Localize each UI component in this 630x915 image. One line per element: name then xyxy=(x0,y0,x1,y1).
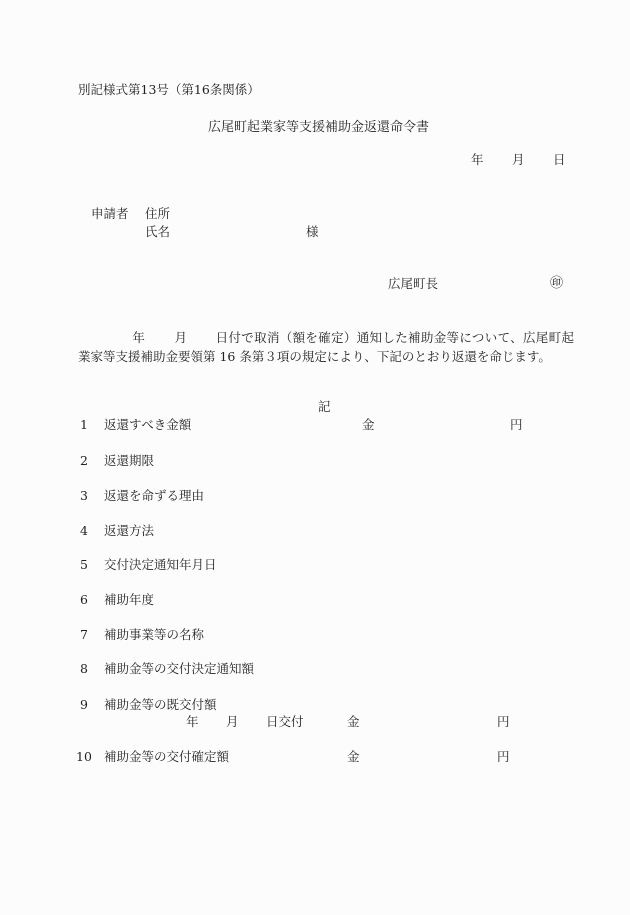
body-year: 年 xyxy=(132,330,145,345)
item-label: 補助事業等の名称 xyxy=(104,629,204,642)
item-number: 5 xyxy=(80,559,100,572)
yen-label: 円 xyxy=(497,716,510,729)
address-label: 住所 xyxy=(145,208,170,221)
item-label: 返還期限 xyxy=(104,455,154,468)
body-paragraph: 年月日付で取消（額を確定）通知した補助金等について、広尾町起業家等支援補助金要領… xyxy=(78,328,574,366)
item-label: 補助金等の交付決定通知額 xyxy=(104,663,254,676)
item-number: 3 xyxy=(80,490,100,503)
item-number: 6 xyxy=(80,594,100,607)
item-number: 10 xyxy=(76,751,96,764)
date-year: 年 xyxy=(471,154,484,167)
kin-label: 金 xyxy=(362,419,375,432)
kin-label: 金 xyxy=(347,751,360,764)
item-label: 返還すべき金額 xyxy=(104,419,191,432)
item-number: 7 xyxy=(80,629,100,642)
seal-icon: ㊞ xyxy=(550,277,563,290)
item-label: 返還方法 xyxy=(104,525,154,538)
item-label: 交付決定通知年月日 xyxy=(104,559,217,572)
item-label: 補助年度 xyxy=(104,594,154,607)
form-number: 別記様式第13号（第16条関係） xyxy=(78,84,260,97)
body-text: 日付で取消（額を確定）通知した補助金等について、広尾町起業家等支援補助金要領第 … xyxy=(78,330,574,364)
sub-month: 月 xyxy=(226,716,239,729)
kin-label: 金 xyxy=(347,716,360,729)
item-label: 返還を命ずる理由 xyxy=(104,490,204,503)
item-number: 9 xyxy=(80,699,100,712)
item-label: 補助金等の交付確定額 xyxy=(104,751,229,764)
issuer-title: 広尾町長 xyxy=(388,278,438,291)
yen-label: 円 xyxy=(510,419,523,432)
date-month: 月 xyxy=(512,154,525,167)
applicant-label: 申請者 xyxy=(91,208,129,221)
honorific: 様 xyxy=(306,226,319,239)
date-day: 日 xyxy=(553,154,566,167)
yen-label: 円 xyxy=(497,751,510,764)
body-month: 月 xyxy=(174,330,187,345)
sub-day-kofu: 日交付 xyxy=(266,716,304,729)
sub-year: 年 xyxy=(186,716,199,729)
item-number: 8 xyxy=(80,663,100,676)
item-number: 1 xyxy=(80,419,100,432)
item-label: 補助金等の既交付額 xyxy=(104,699,217,712)
item-number: 4 xyxy=(80,525,100,538)
name-label: 氏名 xyxy=(145,226,170,239)
item-number: 2 xyxy=(80,455,100,468)
document-title: 広尾町起業家等支援補助金返還命令書 xyxy=(208,121,429,134)
ki-heading: 記 xyxy=(318,401,331,414)
